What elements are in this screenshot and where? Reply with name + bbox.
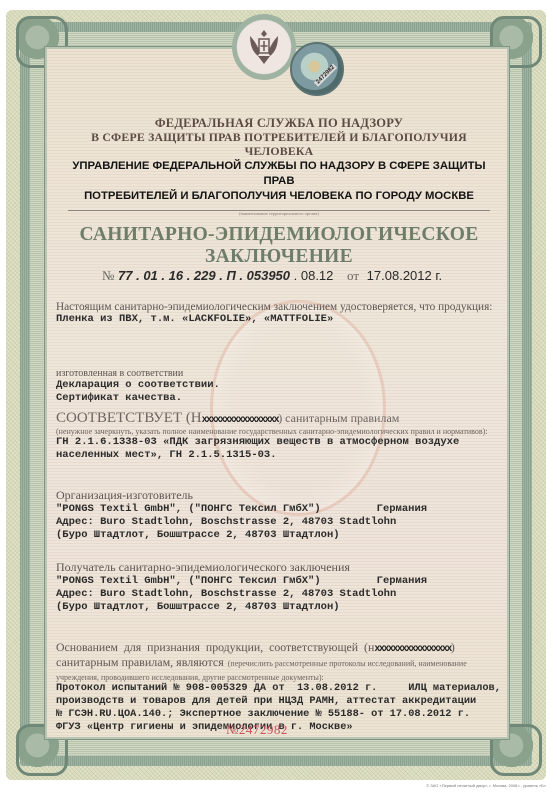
recipient-name-line: "PONGS Textil GmbH", ("ПОНГС Тексил ГмбХ… xyxy=(56,575,502,588)
recipient-address: Адрес: Buro Stadtlohn, Boschstrasse 2, 4… xyxy=(56,588,502,601)
conformity-line-2: населенных мест», ГН 2.1.5.1315-03. xyxy=(56,449,502,462)
product-value: Пленка из ПВХ, т.м. «LACKFOLIE», «MATTFO… xyxy=(56,313,502,326)
basis-line-2: производств и товаров для детей при НЦЗД… xyxy=(56,695,502,708)
conformity-label: СООТВЕТСТВУЕТ (Нxxxxxxxxxxxxxxxxx) санит… xyxy=(56,410,502,427)
certificate-content: ФЕДЕРАЛЬНАЯ СЛУЖБА ПО НАДЗОРУ В СФЕРЕ ЗА… xyxy=(56,116,502,734)
crossed-out-text: xxxxxxxxxxxxxxxxx xyxy=(202,415,279,426)
product-intro: Настоящим санитарно-эпидемиологическим з… xyxy=(56,301,502,313)
conformity-note: (ненужное зачеркнуть, указать полное наи… xyxy=(56,427,502,436)
manufacturer-country: Германия xyxy=(377,503,427,515)
manufactured-label: изготовленная в соответствии xyxy=(56,368,502,379)
recipient-country: Германия xyxy=(377,575,427,587)
manufacturer-address: Адрес: Buro Stadtlohn, Boschstrasse 2, 4… xyxy=(56,516,502,529)
document-number-line: № 77 . 01 . 16 . 229 . П . 053950 . 08.1… xyxy=(102,268,502,283)
serial-number: №2472982 xyxy=(226,722,288,738)
document-number-suffix: . 08.12 xyxy=(294,268,334,283)
recipient-label: Получатель санитарно-эпидемиологического… xyxy=(56,560,502,575)
manufacturer-address-ru: (Буро Штадтлот, Бошштрассе 2, 48703 Штад… xyxy=(56,529,502,542)
manufactured-line-2: Сертификат качества. xyxy=(56,392,502,405)
basis-label-line-1: Основанием для признания продукции, соот… xyxy=(56,640,502,655)
document-title: САНИТАРНО-ЭПИДЕМИОЛОГИЧЕСКОЕ ЗАКЛЮЧЕНИЕ xyxy=(56,224,502,268)
crossed-out-text: xxxxxxxxxxxxxxxxx xyxy=(374,644,451,655)
agency-line-1: ФЕДЕРАЛЬНАЯ СЛУЖБА ПО НАДЗОРУ xyxy=(56,116,502,130)
from-label: от xyxy=(347,268,359,283)
coat-of-arms-icon xyxy=(232,14,296,80)
document-date: 17.08.2012 г. xyxy=(367,268,442,283)
conformity-line-1: ГН 2.1.6.1338-03 «ПДК загрязняющих вещес… xyxy=(56,436,502,449)
basis-label-line-2: санитарным правилам, являются (перечисли… xyxy=(56,655,502,682)
printer-note: © ЗАО «Первый печатный двор», г. Москва,… xyxy=(426,783,546,788)
agency-line-2: В СФЕРЕ ЗАЩИТЫ ПРАВ ПОТРЕБИТЕЛЕЙ И БЛАГО… xyxy=(56,130,502,158)
department-line-1: УПРАВЛЕНИЕ ФЕДЕРАЛЬНОЙ СЛУЖБЫ ПО НАДЗОРУ… xyxy=(56,159,502,188)
certificate-page: 2472982 ФЕДЕРАЛЬНАЯ СЛУЖБА ПО НАДЗОРУ В … xyxy=(0,0,558,792)
manufactured-line-1: Декларация о соответствии. xyxy=(56,379,502,392)
number-sign: № xyxy=(102,268,114,283)
document-number: 77 . 01 . 16 . 229 . П . 053950 xyxy=(118,268,290,283)
basis-line-1: Протокол испытаний № 908-005329 ДА от 13… xyxy=(56,682,502,695)
basis-line-3: № ГСЭН.RU.ЦОА.140.; Экспертное заключени… xyxy=(56,708,502,721)
manufacturer-label: Организация-изготовитель xyxy=(56,488,502,503)
department-caption: (наименование территориального органа) xyxy=(56,211,502,216)
recipient-address-ru: (Буро Штадтлот, Бошштрассе 2, 48703 Штад… xyxy=(56,601,502,614)
department-line-2: ПОТРЕБИТЕЛЕЙ И БЛАГОПОЛУЧИЯ ЧЕЛОВЕКА ПО … xyxy=(56,189,502,204)
manufacturer-name-line: "PONGS Textil GmbH", ("ПОНГС Тексил ГмбХ… xyxy=(56,503,502,516)
